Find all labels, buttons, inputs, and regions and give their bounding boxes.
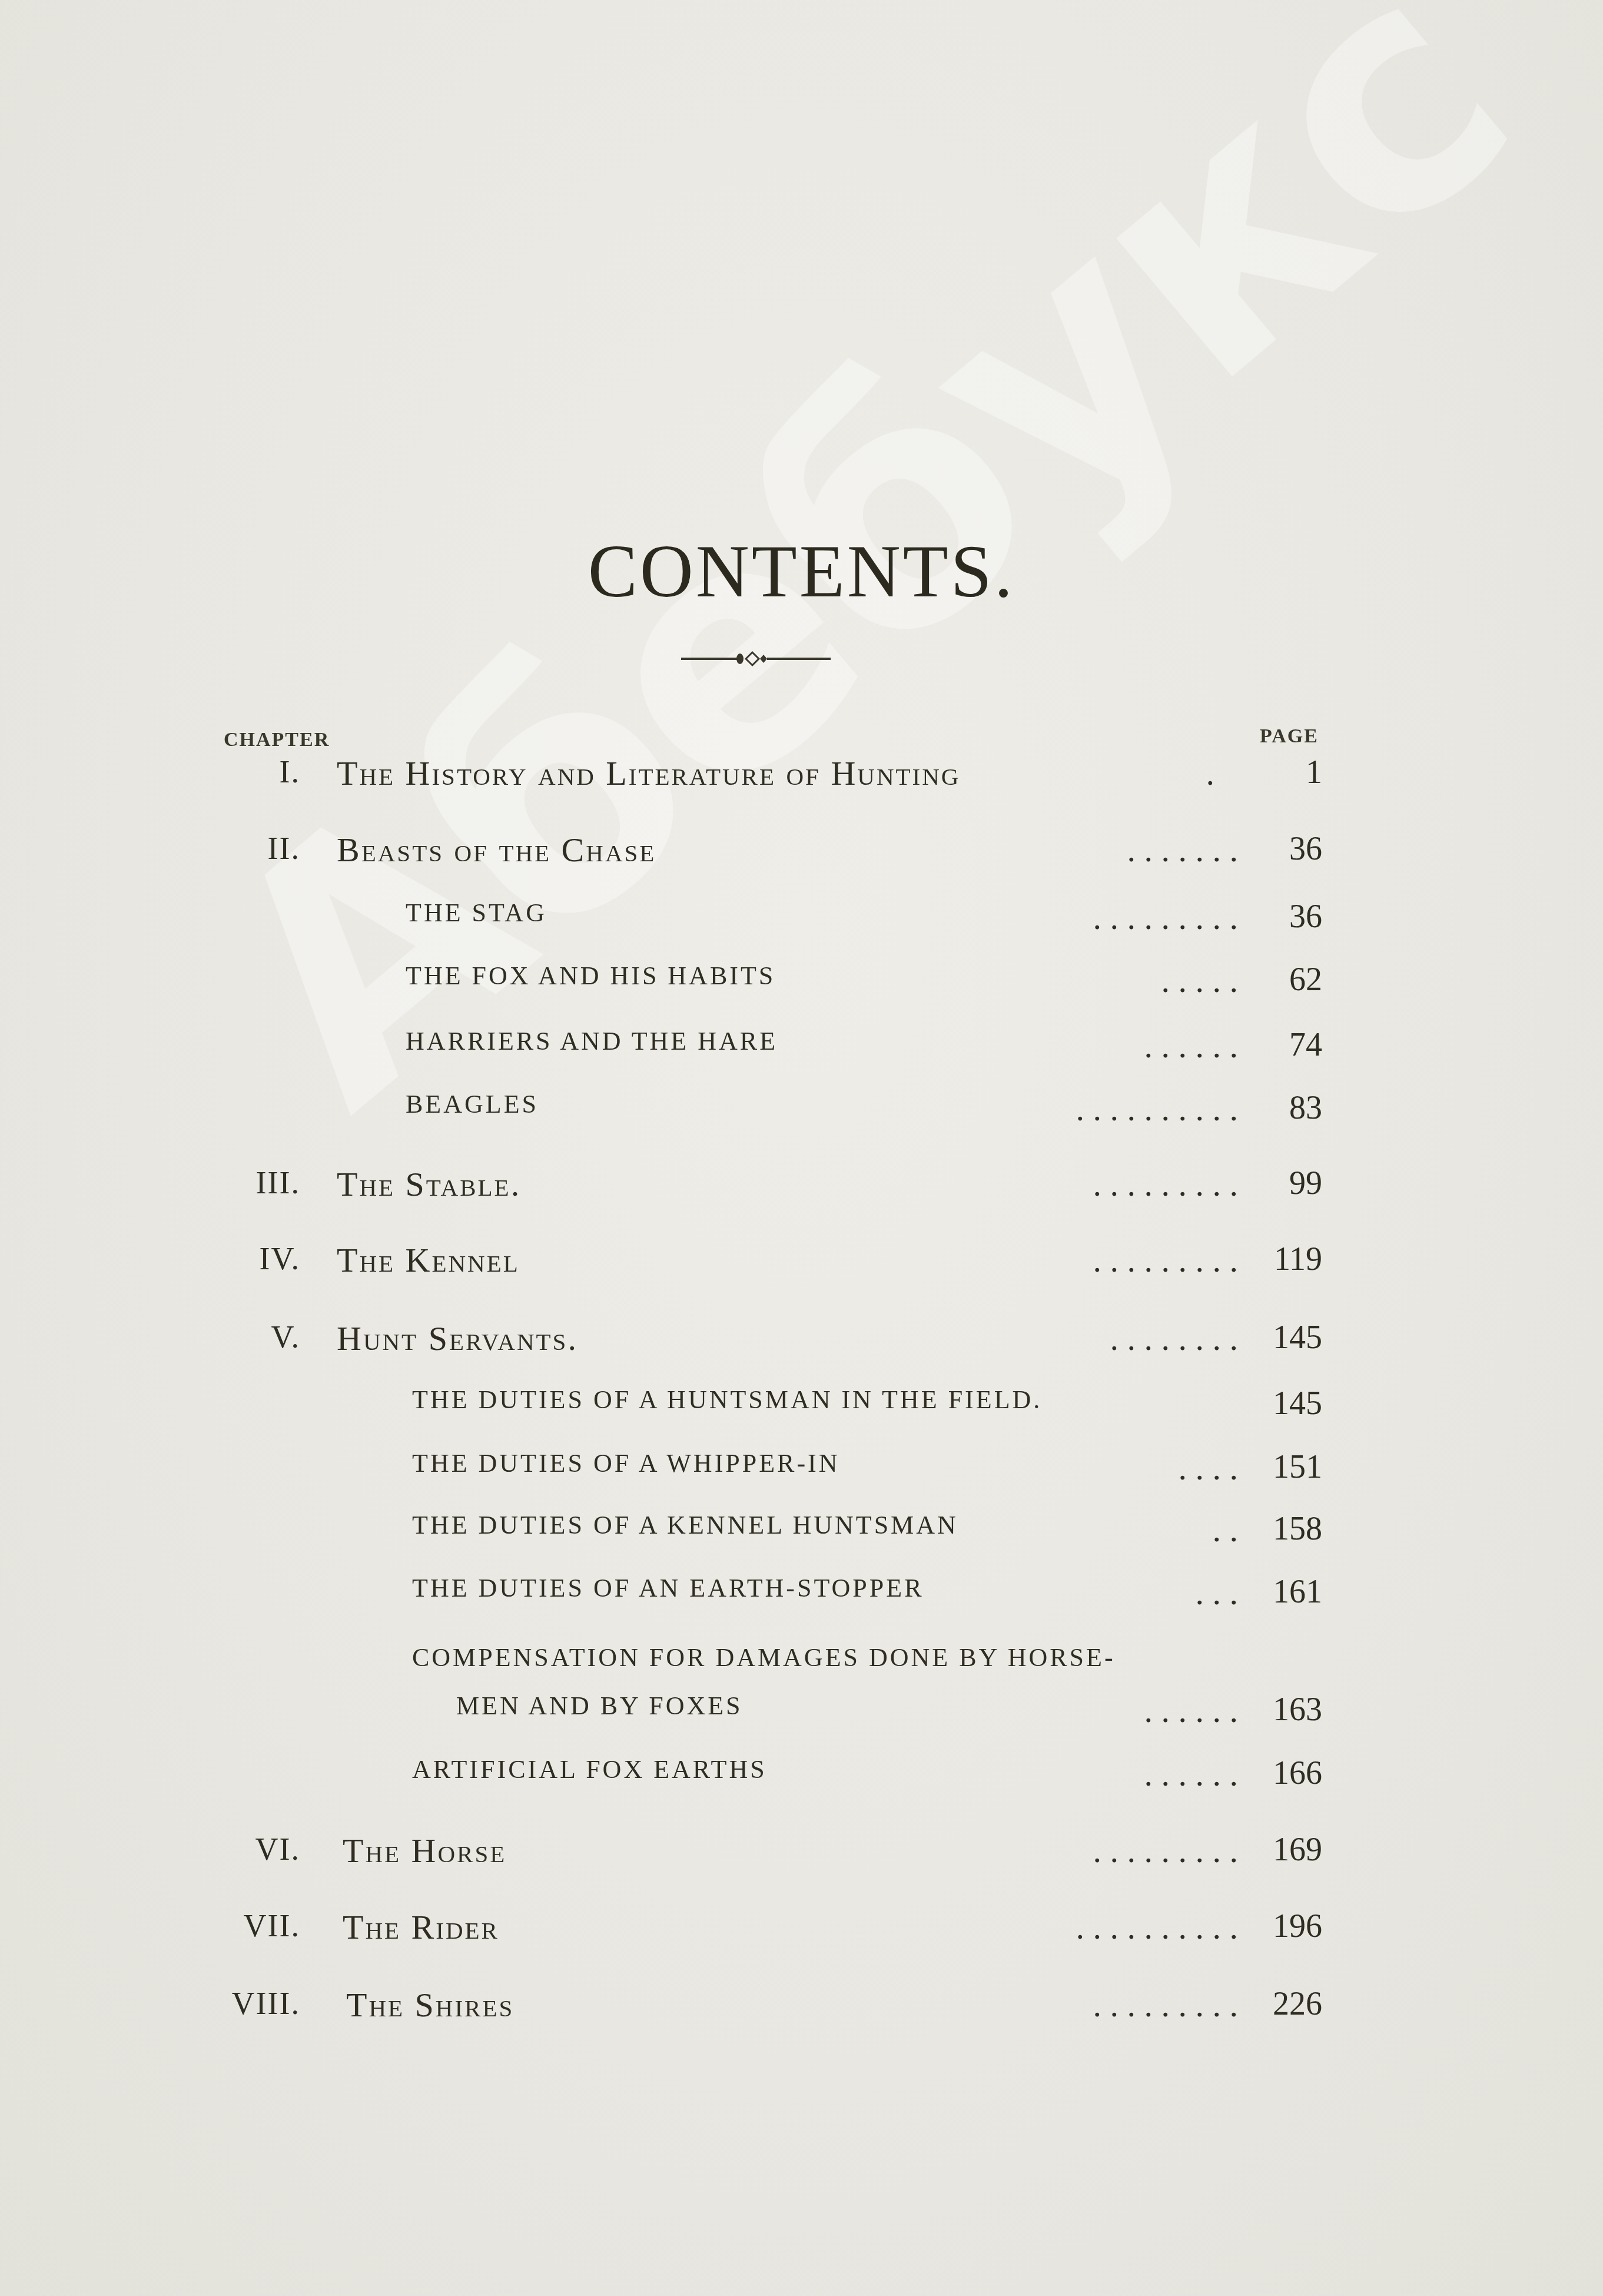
page-number: 83 [1289,1089,1322,1127]
chapter-number: II. [268,830,300,867]
page-number: 1 [1306,754,1322,791]
section-title: the duties of a whipper-in [412,1448,840,1478]
page-number: 74 [1289,1026,1322,1064]
toc-entry-chapter-1[interactable]: I. The History and Literature of Hunting… [0,754,1603,801]
leader-dots: . . . . . . [1144,1026,1239,1066]
toc-entry-section[interactable]: beagles . . . . . . . . . . 83 [0,1089,1603,1136]
chapter-title: The Shires [346,1985,514,2025]
leader-dots: . . . . . . . . . [1093,1985,1239,2025]
page-number: 36 [1289,898,1322,935]
leader-dots: . . . . . . [1144,1691,1239,1730]
chapter-title: The History and Literature of Hunting [337,754,960,793]
toc-entry-section[interactable]: the fox and his habits . . . . . 62 [0,961,1603,1008]
leader-dots: . . . . . . . . [1110,1319,1239,1358]
page-column-label: PAGE [1260,725,1319,748]
section-title: artificial fox earths [412,1754,767,1784]
toc-entry-chapter-7[interactable]: VII. The Rider . . . . . . . . . . 196 [0,1907,1603,1955]
page-number: 169 [1273,1831,1322,1869]
toc-entry-section[interactable]: the duties of a whipper-in . . . . 151 [0,1448,1603,1495]
toc-entry-chapter-3[interactable]: III. The Stable. . . . . . . . . . 99 [0,1164,1603,1212]
page-number: 62 [1289,961,1322,998]
section-title: the duties of a kennel huntsman [412,1510,958,1540]
chapter-number: I. [280,754,300,790]
chapter-title: The Rider [343,1907,499,1947]
ornament-divider-icon [681,650,831,668]
page-number: 161 [1273,1573,1322,1611]
section-title: harriers and the hare [406,1026,778,1056]
section-title: the fox and his habits [406,961,775,991]
leader-dots: . . . . [1179,1448,1239,1488]
section-title: compensation for damages done by horse- [412,1643,1116,1673]
section-title-continued: men and by foxes [456,1691,743,1721]
toc-entry-chapter-8[interactable]: VIII. The Shires . . . . . . . . . 226 [0,1985,1603,2032]
toc-entry-section[interactable]: compensation for damages done by horse- [0,1643,1603,1690]
page-number: 166 [1273,1754,1322,1792]
chapter-number: III. [256,1164,300,1201]
toc-entry-section[interactable]: the duties of a huntsman in the field. 1… [0,1385,1603,1432]
toc-entry-chapter-4[interactable]: IV. The Kennel . . . . . . . . . 119 [0,1240,1603,1288]
toc-entry-section[interactable]: artificial fox earths . . . . . . 166 [0,1754,1603,1801]
toc-entry-section-continued[interactable]: men and by foxes . . . . . . 163 [0,1691,1603,1738]
toc-entry-section[interactable]: the duties of a kennel huntsman . . 158 [0,1510,1603,1557]
page-number: 158 [1273,1510,1322,1548]
chapter-number: VIII. [232,1985,300,2022]
leader-dots: . . . . . . . . . [1093,898,1239,937]
leader-dots: . . . . . . . . . . [1076,1089,1239,1129]
chapter-number: IV. [259,1240,300,1277]
page-number: 119 [1274,1240,1322,1278]
page-number: 151 [1273,1448,1322,1486]
chapter-column-label: CHAPTER [224,729,330,751]
toc-entry-section[interactable]: the stag . . . . . . . . . 36 [0,898,1603,945]
leader-dots: . . . . . . [1144,1754,1239,1794]
chapter-title: The Kennel [337,1240,520,1280]
chapter-title: Hunt Servants. [337,1319,578,1358]
page-number: 145 [1273,1385,1322,1422]
leader-dots: . [1206,754,1215,793]
toc-entry-chapter-2[interactable]: II. Beasts of the Chase . . . . . . . 36 [0,830,1603,877]
page-number: 163 [1273,1691,1322,1728]
leader-dots: . . . . . . . . . [1093,1831,1239,1870]
page-number: 145 [1273,1319,1322,1356]
section-title: the stag [406,898,547,928]
chapter-title: The Horse [343,1831,506,1870]
page-number: 196 [1273,1907,1322,1945]
leader-dots: . . . . . . . . . [1093,1240,1239,1280]
chapter-title: Beasts of the Chase [337,830,656,870]
page-number: 226 [1273,1985,1322,2023]
leader-dots: . . [1213,1510,1239,1550]
toc-entry-section[interactable]: the duties of an earth-stopper . . . 161 [0,1573,1603,1620]
leader-dots: . . . . . . . . . . [1076,1907,1239,1947]
chapter-number: VII. [244,1907,300,1944]
page-title: CONTENTS. [0,530,1603,615]
leader-dots: . . . . . . . [1127,830,1239,870]
leader-dots: . . . . . . . . . [1093,1164,1239,1204]
leader-dots: . . . [1196,1573,1239,1612]
toc-entry-section[interactable]: harriers and the hare . . . . . . 74 [0,1026,1603,1073]
page-number: 36 [1289,830,1322,868]
leader-dots: . . . . . [1161,961,1239,1000]
chapter-title: The Stable. [337,1164,521,1204]
toc-entry-chapter-5[interactable]: V. Hunt Servants. . . . . . . . . 145 [0,1319,1603,1366]
section-title: the duties of a huntsman in the field. [412,1385,1042,1415]
toc-entry-chapter-6[interactable]: VI. The Horse . . . . . . . . . 169 [0,1831,1603,1878]
chapter-number: V. [271,1319,300,1355]
page-number: 99 [1289,1164,1322,1202]
section-title: beagles [406,1089,539,1119]
section-title: the duties of an earth-stopper [412,1573,924,1603]
chapter-number: VI. [255,1831,300,1867]
